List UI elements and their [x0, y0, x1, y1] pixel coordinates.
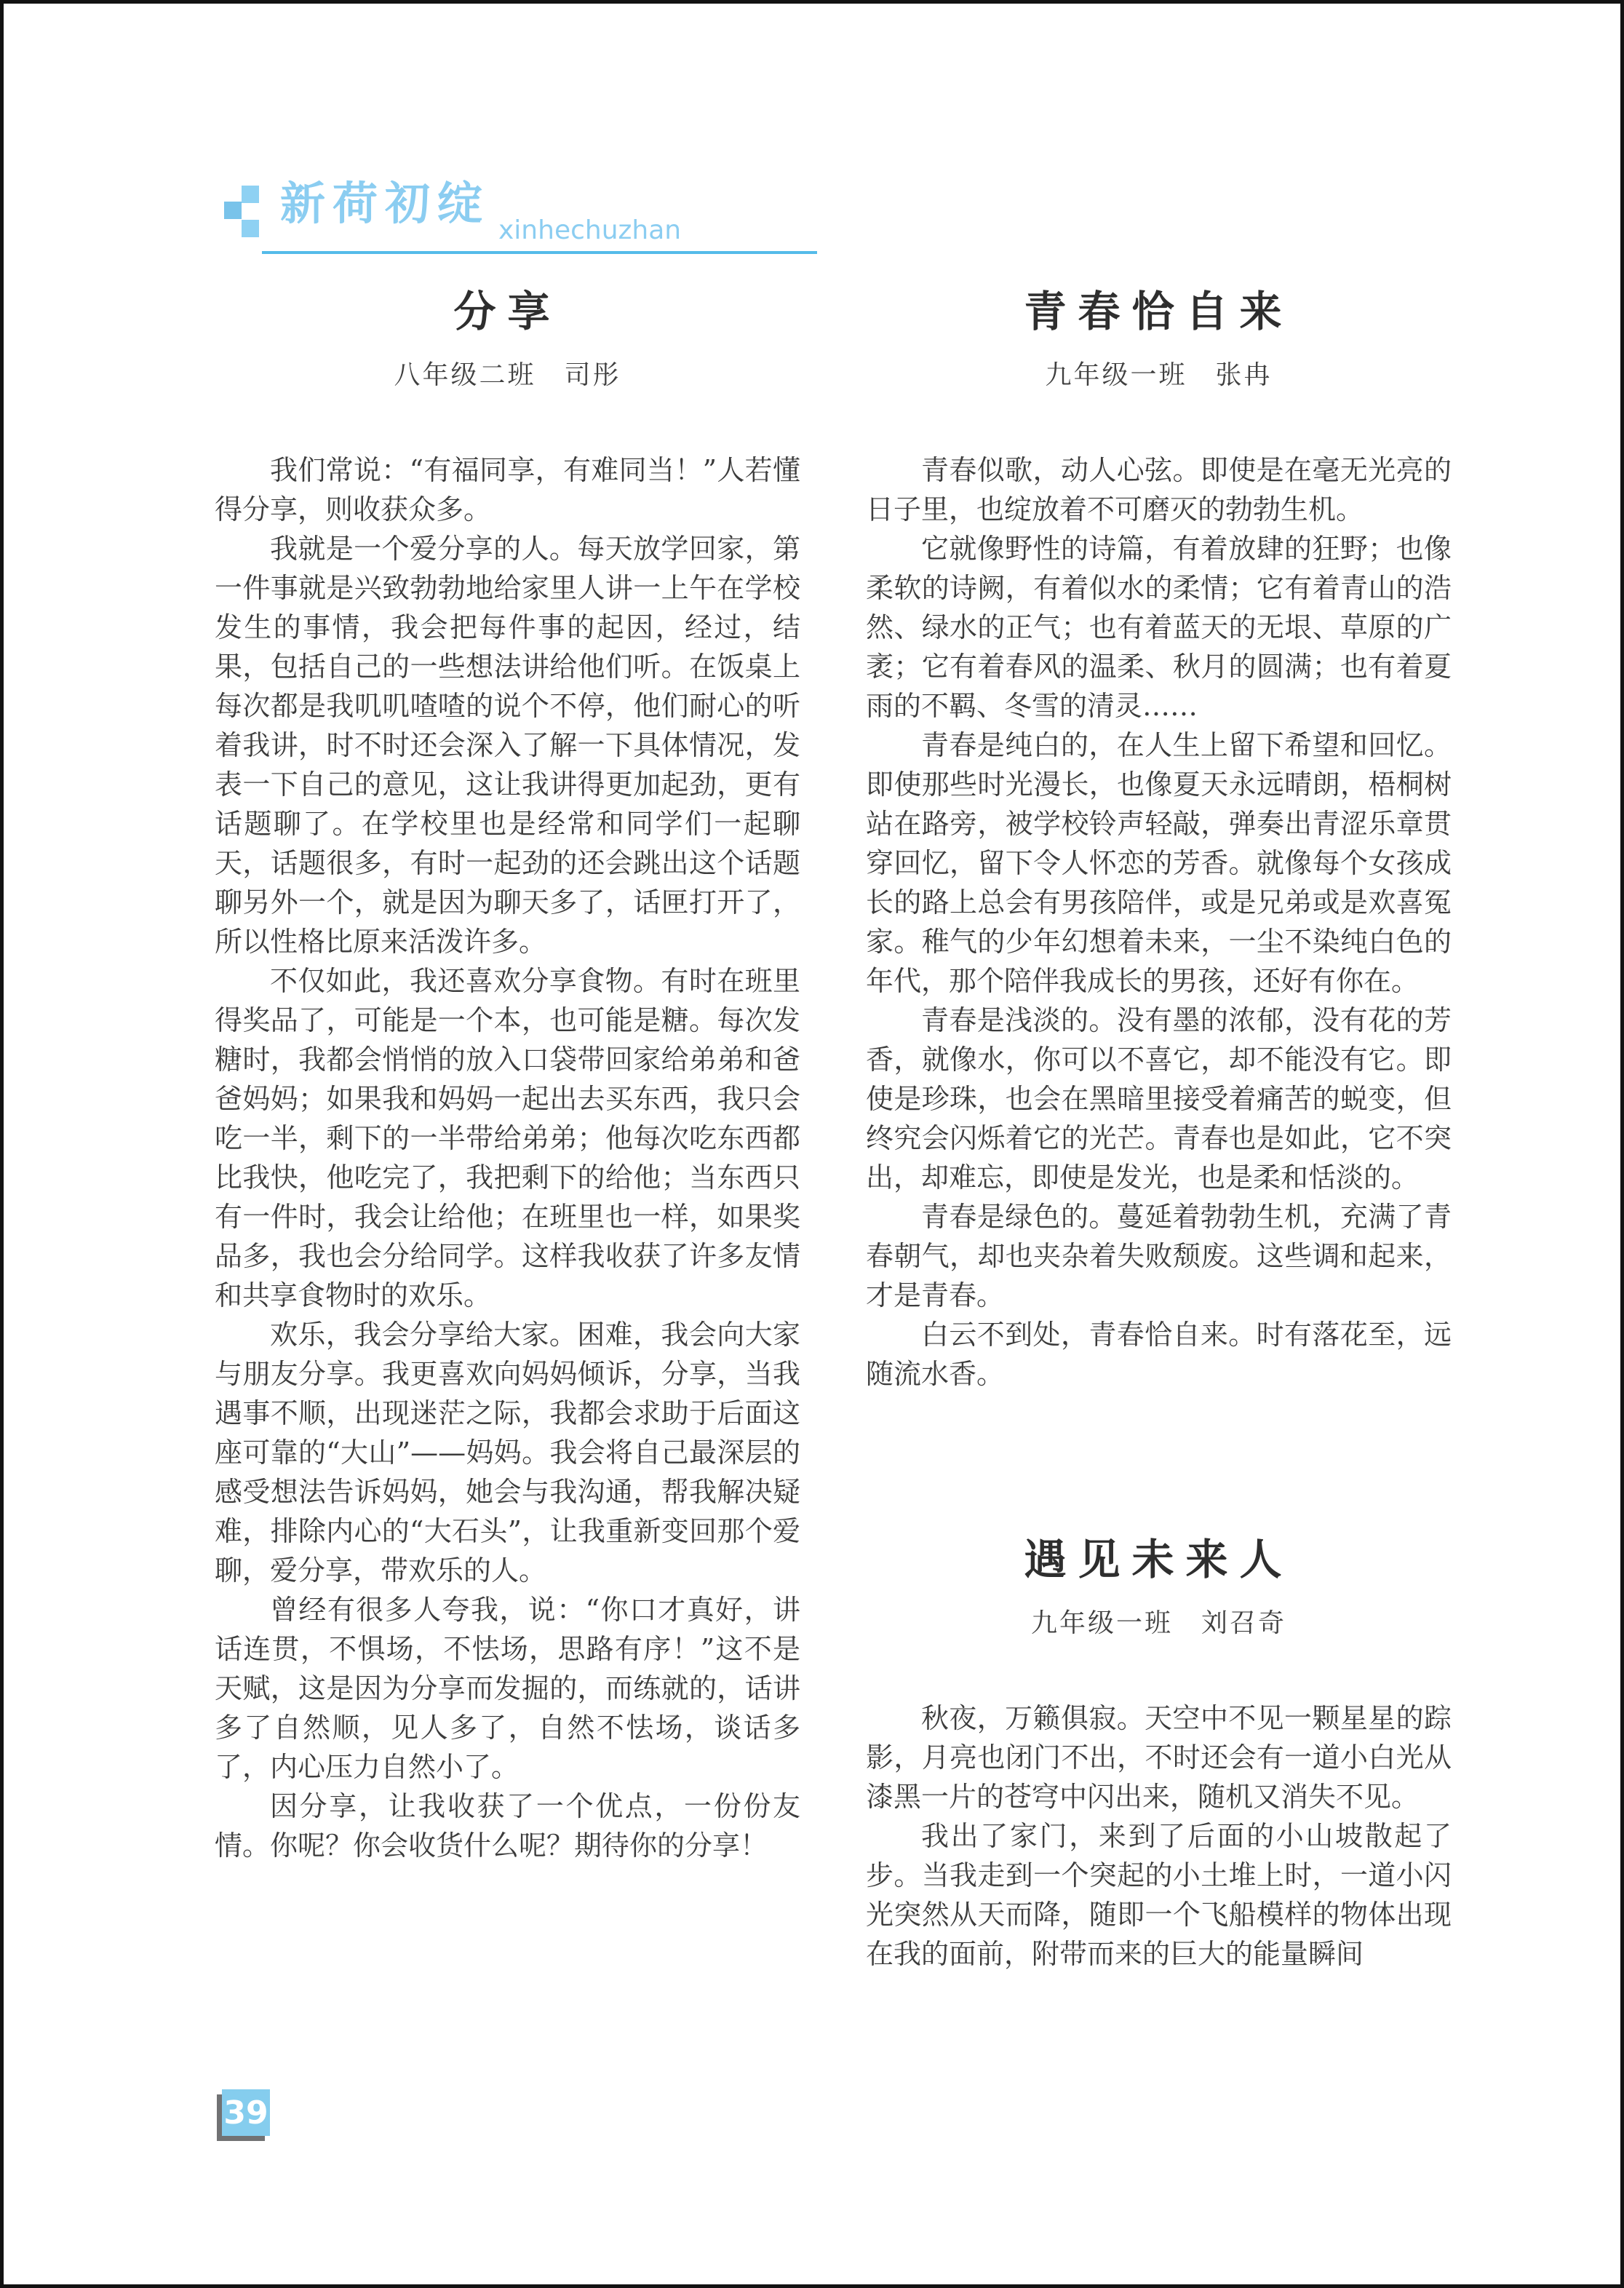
paragraph: 青春是纯白的，在人生上留下希望和回忆。即使那些时光漫长，也像夏天永远晴朗，梧桐树…	[866, 726, 1452, 1001]
paragraph: 不仅如此，我还喜欢分享食物。有时在班里得奖品了，可能是一个本，也可能是糖。每次发…	[215, 961, 800, 1315]
essay-title: 分享	[215, 286, 800, 337]
essay-youth: 青春恰自来 九年级一班 张冉 青春似歌，动人心弦。即使是在毫无光亮的日子里，也绽…	[866, 280, 1452, 1394]
logo-subtitle: xinhechuzhan	[498, 218, 681, 244]
essay-title: 遇见未来人	[866, 1534, 1452, 1585]
essay-sharing: 分享 八年级二班 司彤 我们常说：“有福同享，有难同当！”人若懂得分享，则收获众…	[215, 280, 800, 1865]
essay-title: 青春恰自来	[866, 286, 1452, 337]
essay-body: 秋夜，万籁俱寂。天空中不见一颗星星的踪影，月亮也闭门不出，不时还会有一道小白光从…	[866, 1699, 1452, 1974]
paragraph: 曾经有很多人夸我，说：“你口才真好，讲话连贯，不惧场，不怯场，思路有序！”这不是…	[215, 1590, 800, 1787]
logo-title: 新荷初绽	[280, 181, 490, 226]
left-column: 分享 八年级二班 司彤 我们常说：“有福同享，有难同当！”人若懂得分享，则收获众…	[215, 280, 800, 1974]
content-columns: 分享 八年级二班 司彤 我们常说：“有福同享，有难同当！”人若懂得分享，则收获众…	[215, 280, 1452, 1974]
essay-body: 青春似歌，动人心弦。即使是在毫无光亮的日子里，也绽放着不可磨灭的勃勃生机。 它就…	[866, 450, 1452, 1394]
logo-squares-icon	[242, 220, 259, 237]
paragraph: 白云不到处，青春恰自来。时有落花至，远随流水香。	[866, 1315, 1452, 1394]
right-column: 青春恰自来 九年级一班 张冉 青春似歌，动人心弦。即使是在毫无光亮的日子里，也绽…	[866, 280, 1452, 1974]
paragraph: 欢乐，我会分享给大家。困难，我会向大家与朋友分享。我更喜欢向妈妈倾诉，分享，当我…	[215, 1315, 800, 1590]
header-underline	[262, 251, 817, 254]
essay-future-person: 遇见未来人 九年级一班 刘召奇 秋夜，万籁俱寂。天空中不见一颗星星的踪影，月亮也…	[866, 1528, 1452, 1974]
paragraph: 因分享，让我收获了一个优点，一份份友情。你呢？你会收货什么呢？期待你的分享！	[215, 1787, 800, 1865]
paragraph: 秋夜，万籁俱寂。天空中不见一颗星星的踪影，月亮也闭门不出，不时还会有一道小白光从…	[866, 1699, 1452, 1816]
page-number-badge: 39	[222, 2089, 270, 2136]
paragraph: 青春似歌，动人心弦。即使是在毫无光亮的日子里，也绽放着不可磨灭的勃勃生机。	[866, 450, 1452, 529]
logo-squares-icon	[242, 186, 259, 203]
paragraph: 我出了家门，来到了后面的小山坡散起了步。当我走到一个突起的小土堆上时，一道小闪光…	[866, 1816, 1452, 1974]
essay-byline: 九年级一班 刘召奇	[866, 1607, 1452, 1640]
paragraph: 青春是浅淡的。没有墨的浓郁，没有花的芳香，就像水，你可以不喜它，却不能没有它。即…	[866, 1001, 1452, 1197]
paragraph: 青春是绿色的。蔓延着勃勃生机，充满了青春朝气，却也夹杂着失败颓废。这些调和起来，…	[866, 1197, 1452, 1315]
paragraph: 它就像野性的诗篇，有着放肆的狂野；也像柔软的诗阙，有着似水的柔情；它有着青山的浩…	[866, 529, 1452, 726]
logo-squares-icon	[224, 202, 242, 219]
essay-body: 我们常说：“有福同享，有难同当！”人若懂得分享，则收获众多。 我就是一个爱分享的…	[215, 450, 800, 1865]
paragraph: 我们常说：“有福同享，有难同当！”人若懂得分享，则收获众多。	[215, 450, 800, 529]
essay-byline: 八年级二班 司彤	[215, 359, 800, 392]
paragraph: 我就是一个爱分享的人。每天放学回家，第一件事就是兴致勃勃地给家里人讲一上午在学校…	[215, 529, 800, 961]
essay-byline: 九年级一班 张冉	[866, 359, 1452, 392]
magazine-page: 新荷初绽 xinhechuzhan 分享 八年级二班 司彤 我们常说：“有福同享…	[0, 0, 1624, 2288]
